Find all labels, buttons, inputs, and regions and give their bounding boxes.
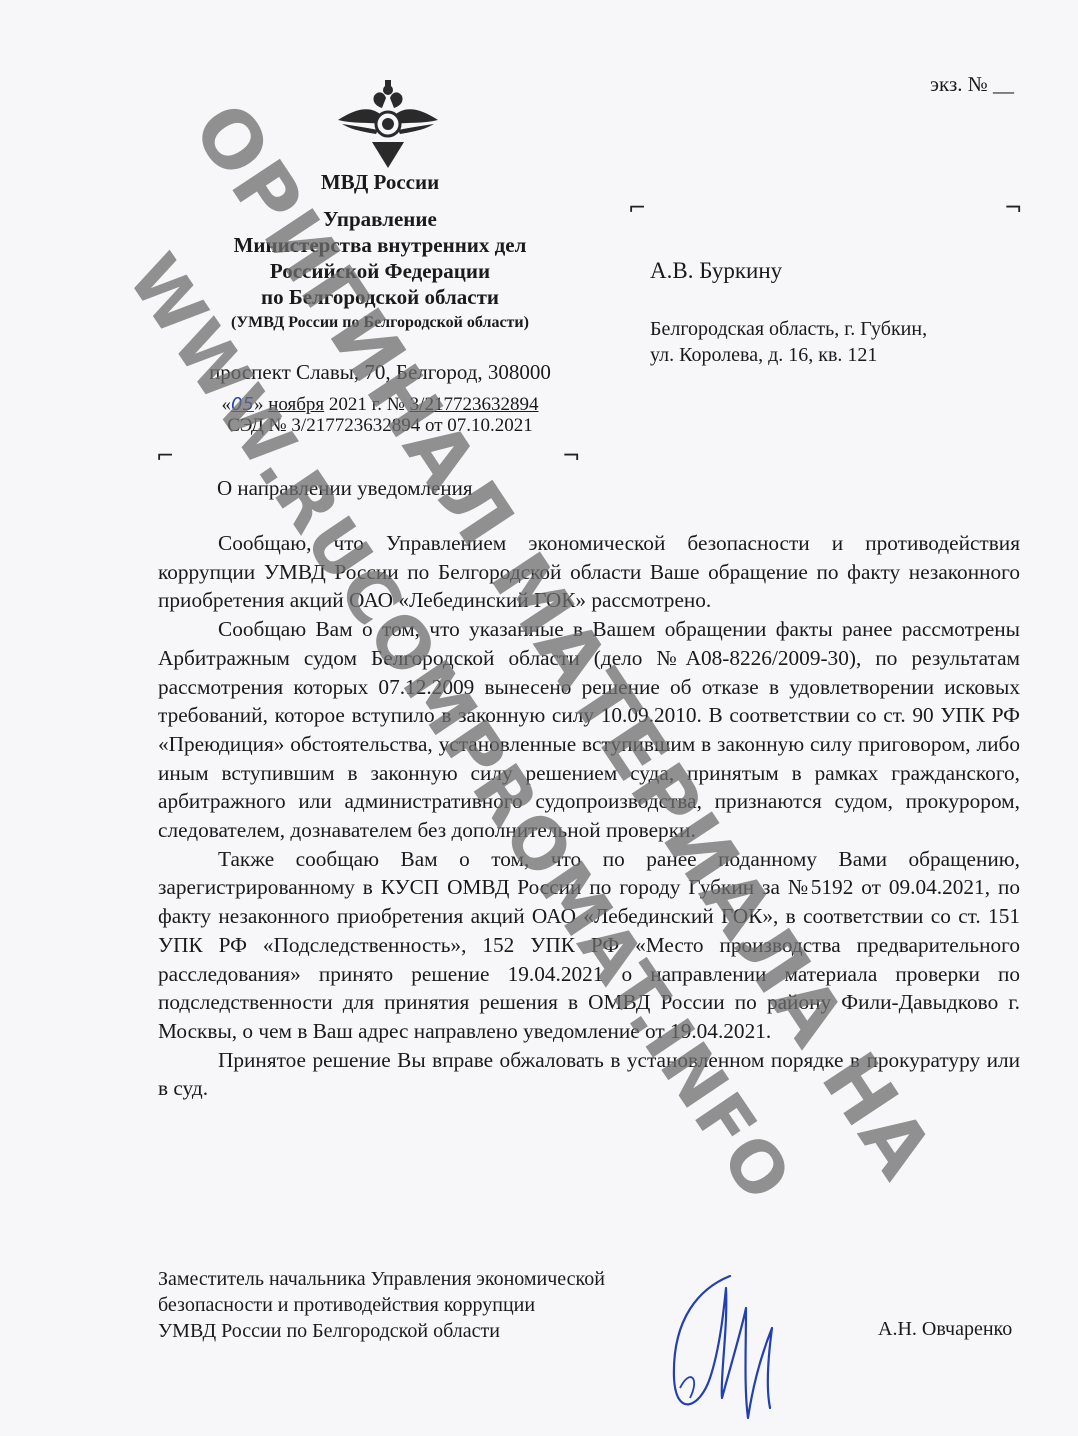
body-paragraph: Принятое решение Вы вправе обжаловать в … — [158, 1046, 1020, 1103]
sed-number: СЭД № 3/217723632894 от 07.10.2021 — [170, 415, 590, 436]
org-line: Министерства внутренних дел — [180, 232, 580, 258]
organization-name: Управление Министерства внутренних дел Р… — [180, 206, 580, 310]
signatory-name: А.Н. Овчаренко — [878, 1318, 1012, 1341]
handwritten-day: 05 — [231, 394, 254, 415]
bracket-top-right-icon: ¬ — [562, 444, 580, 469]
mvd-emblem-icon — [338, 78, 438, 170]
organization-short-name: (УМВД России по Белгородской области) — [170, 314, 590, 332]
sender-address: проспект Славы, 70, Белгород, 308000 — [170, 360, 590, 385]
subject-line: О направлении уведомления — [217, 476, 473, 501]
copy-number-label: экз. № __ — [930, 72, 1014, 97]
body-paragraph: Также сообщаю Вам о том, что по ранее по… — [158, 845, 1020, 1046]
letter-body: Сообщаю, что Управлением экономической б… — [158, 529, 1020, 1103]
org-line: по Белгородской области — [180, 284, 580, 310]
recipient-address: Белгородская область, г. Губкин, ул. Кор… — [650, 316, 927, 368]
ministry-name: МВД России — [180, 170, 580, 195]
body-paragraph: Сообщаю, что Управлением экономической б… — [158, 529, 1020, 615]
document-date-and-number: «05» ноября 2021 г. № 3/217723632894 СЭД… — [170, 394, 590, 436]
bracket-recipient-left-icon: ⌐ — [628, 196, 646, 221]
signature-icon — [660, 1268, 810, 1428]
recipient-name: А.В. Буркину — [650, 258, 782, 284]
org-line: Российской Федерации — [180, 258, 580, 284]
bracket-recipient-right-icon: ¬ — [1004, 196, 1022, 221]
signatory-title: Заместитель начальника Управления эконом… — [158, 1266, 605, 1344]
registration-number: 3/217723632894 — [410, 394, 539, 415]
date-year: 2021 г. № — [329, 394, 405, 415]
bracket-top-left-icon: ⌐ — [156, 444, 174, 469]
body-paragraph: Сообщаю Вам о том, что указанные в Вашем… — [158, 615, 1020, 845]
org-line: Управление — [180, 206, 580, 232]
date-month: ноября — [268, 394, 324, 415]
